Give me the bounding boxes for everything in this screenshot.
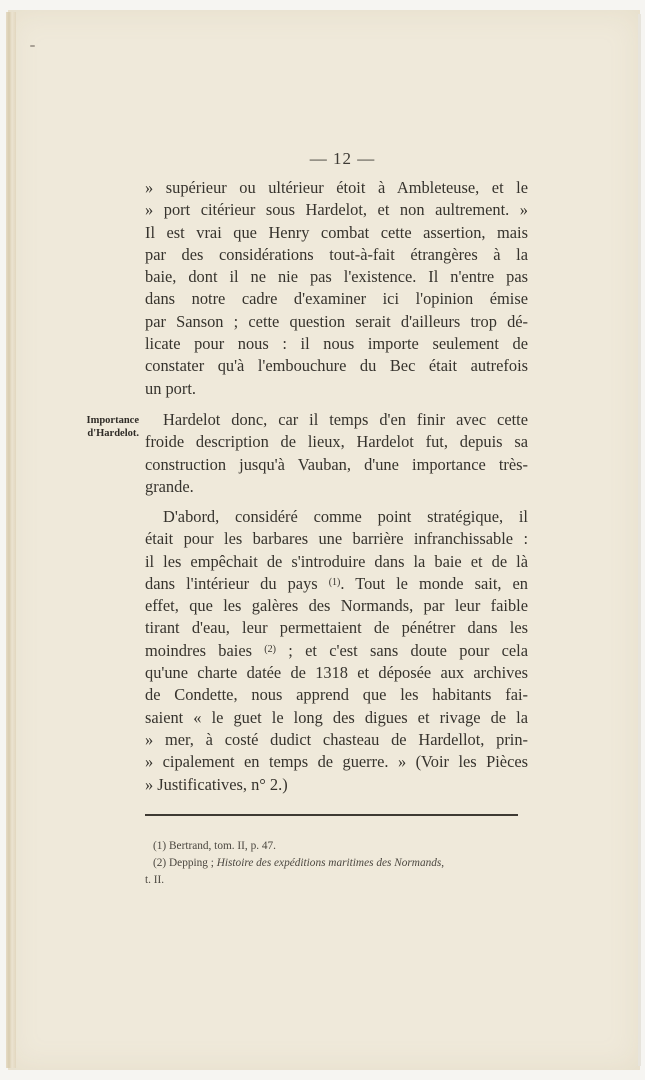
page-number: — 12 —	[0, 149, 645, 169]
footnotes: (1) Bertrand, tom. II, p. 47. (2) Deppin…	[145, 838, 528, 889]
text-line-with-footnote-ref: moindres baies (2) ; et c'est sans doute…	[145, 640, 528, 662]
paragraph-1: » supérieur ou ultérieur étoit à Amblete…	[145, 177, 528, 400]
paragraph-3: D'abord, considéré comme point stratégiq…	[145, 506, 528, 796]
text-line: dans notre cadre d'examiner ici l'opinio…	[145, 288, 528, 310]
margin-note-line: Importance	[57, 414, 139, 427]
text-line: » port citérieur sous Hardelot, et non a…	[145, 199, 528, 221]
margin-note-line: d'Hardelot.	[57, 427, 139, 440]
text-line: froide description de lieux, Hardelot fu…	[145, 431, 528, 453]
footnote-ref-1[interactable]: (1)	[329, 577, 341, 588]
text-line: grande.	[145, 476, 528, 498]
footnote-2-continuation: t. II.	[145, 872, 528, 889]
text-line: effet, que les galères des Normands, par…	[145, 595, 528, 617]
text-line: construction jusqu'à Vauban, d'une impor…	[145, 454, 528, 476]
text-line: saient « le guet le long des digues et r…	[145, 707, 528, 729]
text-line: par des considérations tout-à-fait étran…	[145, 244, 528, 266]
text-line: D'abord, considéré comme point stratégiq…	[145, 506, 528, 528]
text-line: » cipalement en temps de guerre. » (Voir…	[145, 751, 528, 773]
text-line: de Condette, nous apprend que les habita…	[145, 684, 528, 706]
paragraph-2: Hardelot donc, car il temps d'en finir a…	[145, 409, 528, 498]
text-line: » Justificatives, n° 2.)	[145, 774, 528, 796]
text-line: constater qu'à l'embouchure du Bec était…	[145, 355, 528, 377]
footnote-2: (2) Depping ; Histoire des expéditions m…	[145, 855, 528, 872]
text-line: Il est vrai que Henry combat cette asser…	[145, 222, 528, 244]
text-line: par Sanson ; cette question serait d'ail…	[145, 311, 528, 333]
text-line: Hardelot donc, car il temps d'en finir a…	[145, 409, 528, 431]
text-line: qu'une charte datée de 1318 et déposée a…	[145, 662, 528, 684]
text-line: » supérieur ou ultérieur étoit à Amblete…	[145, 177, 528, 199]
text-line: il les empêchait de s'introduire dans la…	[145, 551, 528, 573]
text-line: était pour les barbares une barrière inf…	[145, 528, 528, 550]
text-line: un port.	[145, 378, 528, 400]
page-right-edge	[638, 14, 641, 1066]
footnote-ref-2[interactable]: (2)	[264, 644, 276, 655]
text-line: tirant d'eau, leur permettaient de pénét…	[145, 617, 528, 639]
page-binding-edge	[6, 12, 16, 1068]
paper-speck	[30, 45, 35, 47]
margin-note: Importance d'Hardelot.	[57, 414, 139, 440]
text-line: baie, dont il ne nie pas l'existence. Il…	[145, 266, 528, 288]
footnote-1: (1) Bertrand, tom. II, p. 47.	[145, 838, 528, 855]
text-line-with-footnote-ref: dans l'intérieur du pays (1). Tout le mo…	[145, 573, 528, 595]
text-line: licate pour nous : il nous importe seule…	[145, 333, 528, 355]
text-line: » mer, à costé dudict chasteau de Hardel…	[145, 729, 528, 751]
footnote-separator-rule	[145, 814, 518, 816]
